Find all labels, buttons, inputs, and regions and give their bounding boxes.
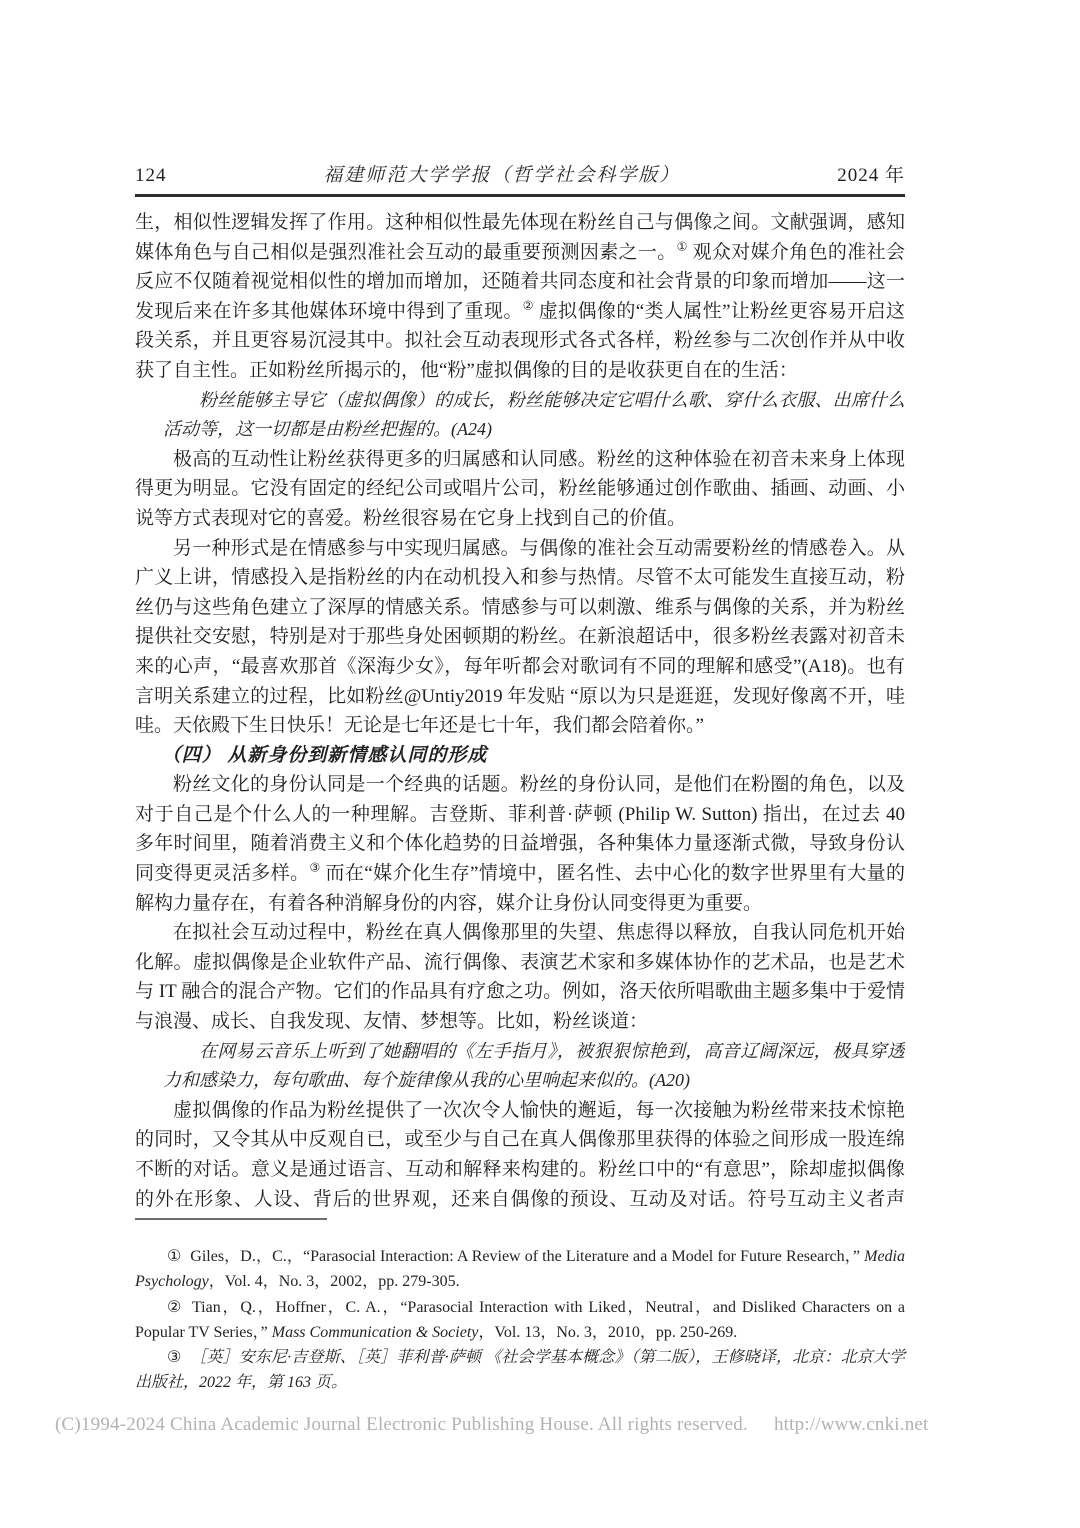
journal-title: 福建师范大学学报（哲学社会科学版） — [323, 160, 680, 187]
paragraph-3: 另一种形式是在情感参与中实现归属感。与偶像的准社会互动需要粉丝的情感卷入。从广义… — [135, 534, 905, 741]
cnki-url: http://www.cnki.net — [774, 1414, 929, 1435]
page-footer: (C)1994-2024 China Academic Journal Elec… — [55, 1414, 929, 1436]
footnote-2: ②Tian，Q.，Hoffner，C. A.，“Parasocial Inter… — [135, 1295, 905, 1346]
footnote-1-pages: ，Vol. 4，No. 3，2002，pp. 279-305. — [209, 1273, 460, 1290]
paragraph-2: 极高的互动性让粉丝获得更多的归属感和认同感。粉丝的这种体验在初音未来身上体现得更… — [135, 445, 905, 534]
footnote-3-marker: ③ — [167, 1349, 182, 1366]
footnotes-section: ①Giles，D.，C.，“Parasocial Interaction: A … — [135, 1218, 905, 1396]
article-body: 生，相似性逻辑发挥了作用。这种相似性最先体现在粉丝自己与偶像之间。文献强调，感知… — [135, 208, 905, 1220]
year-label: 2024 年 — [837, 160, 905, 187]
footnote-3-text: ［英］安东尼·吉登斯、［英］菲利普·萨顿 《社会学基本概念》（第二版），王修晓译… — [135, 1349, 905, 1391]
paragraph-6: 虚拟偶像的作品为粉丝提供了一次次令人愉快的邂逅，每一次接触为粉丝带来技术惊艳的同… — [135, 1096, 905, 1220]
paragraph-4: 粉丝文化的身份认同是一个经典的话题。粉丝的身份认同，是他们在粉圈的角色，以及对于… — [135, 770, 905, 918]
footnote-3: ③［英］安东尼·吉登斯、［英］菲利普·萨顿 《社会学基本概念》（第二版），王修晓… — [135, 1345, 905, 1396]
footnote-2-journal: Mass Communication & Society — [272, 1324, 479, 1341]
section-heading: （四） 从新身份到新情感认同的形成 — [135, 741, 905, 771]
journal-page: 124 福建师范大学学报（哲学社会科学版） 2024 年 生，相似性逻辑发挥了作… — [0, 0, 1080, 1528]
footnote-separator — [135, 1218, 327, 1220]
paragraph-continuation: 生，相似性逻辑发挥了作用。这种相似性最先体现在粉丝自己与偶像之间。文献强调，感知… — [135, 208, 905, 386]
block-quote-1: 粉丝能够主导它（虚拟偶像）的成长，粉丝能够决定它唱什么歌、穿什么衣服、出席什么活… — [163, 386, 905, 445]
footnote-1-text: Giles，D.，C.，“Parasocial Interaction: A R… — [190, 1248, 860, 1265]
copyright-text: (C)1994-2024 China Academic Journal Elec… — [55, 1414, 748, 1435]
footnote-1: ①Giles，D.，C.，“Parasocial Interaction: A … — [135, 1244, 905, 1295]
paragraph-5: 在拟社会互动过程中，粉丝在真人偶像那里的失望、焦虑得以释放，自我认同危机开始化解… — [135, 918, 905, 1036]
page-content: 124 福建师范大学学报（哲学社会科学版） 2024 年 生，相似性逻辑发挥了作… — [135, 160, 905, 1220]
footnote-2-marker: ② — [167, 1299, 183, 1316]
page-header: 124 福建师范大学学报（哲学社会科学版） 2024 年 — [135, 160, 905, 197]
footnote-2-pages: ，Vol. 13，No. 3，2010，pp. 250-269. — [478, 1324, 737, 1341]
page-number: 124 — [135, 165, 167, 187]
footnote-1-marker: ① — [167, 1248, 181, 1265]
block-quote-2: 在网易云音乐上听到了她翻唱的《左手指月》，被狠狠惊艳到，高音辽阔深远，极具穿透力… — [163, 1037, 905, 1096]
